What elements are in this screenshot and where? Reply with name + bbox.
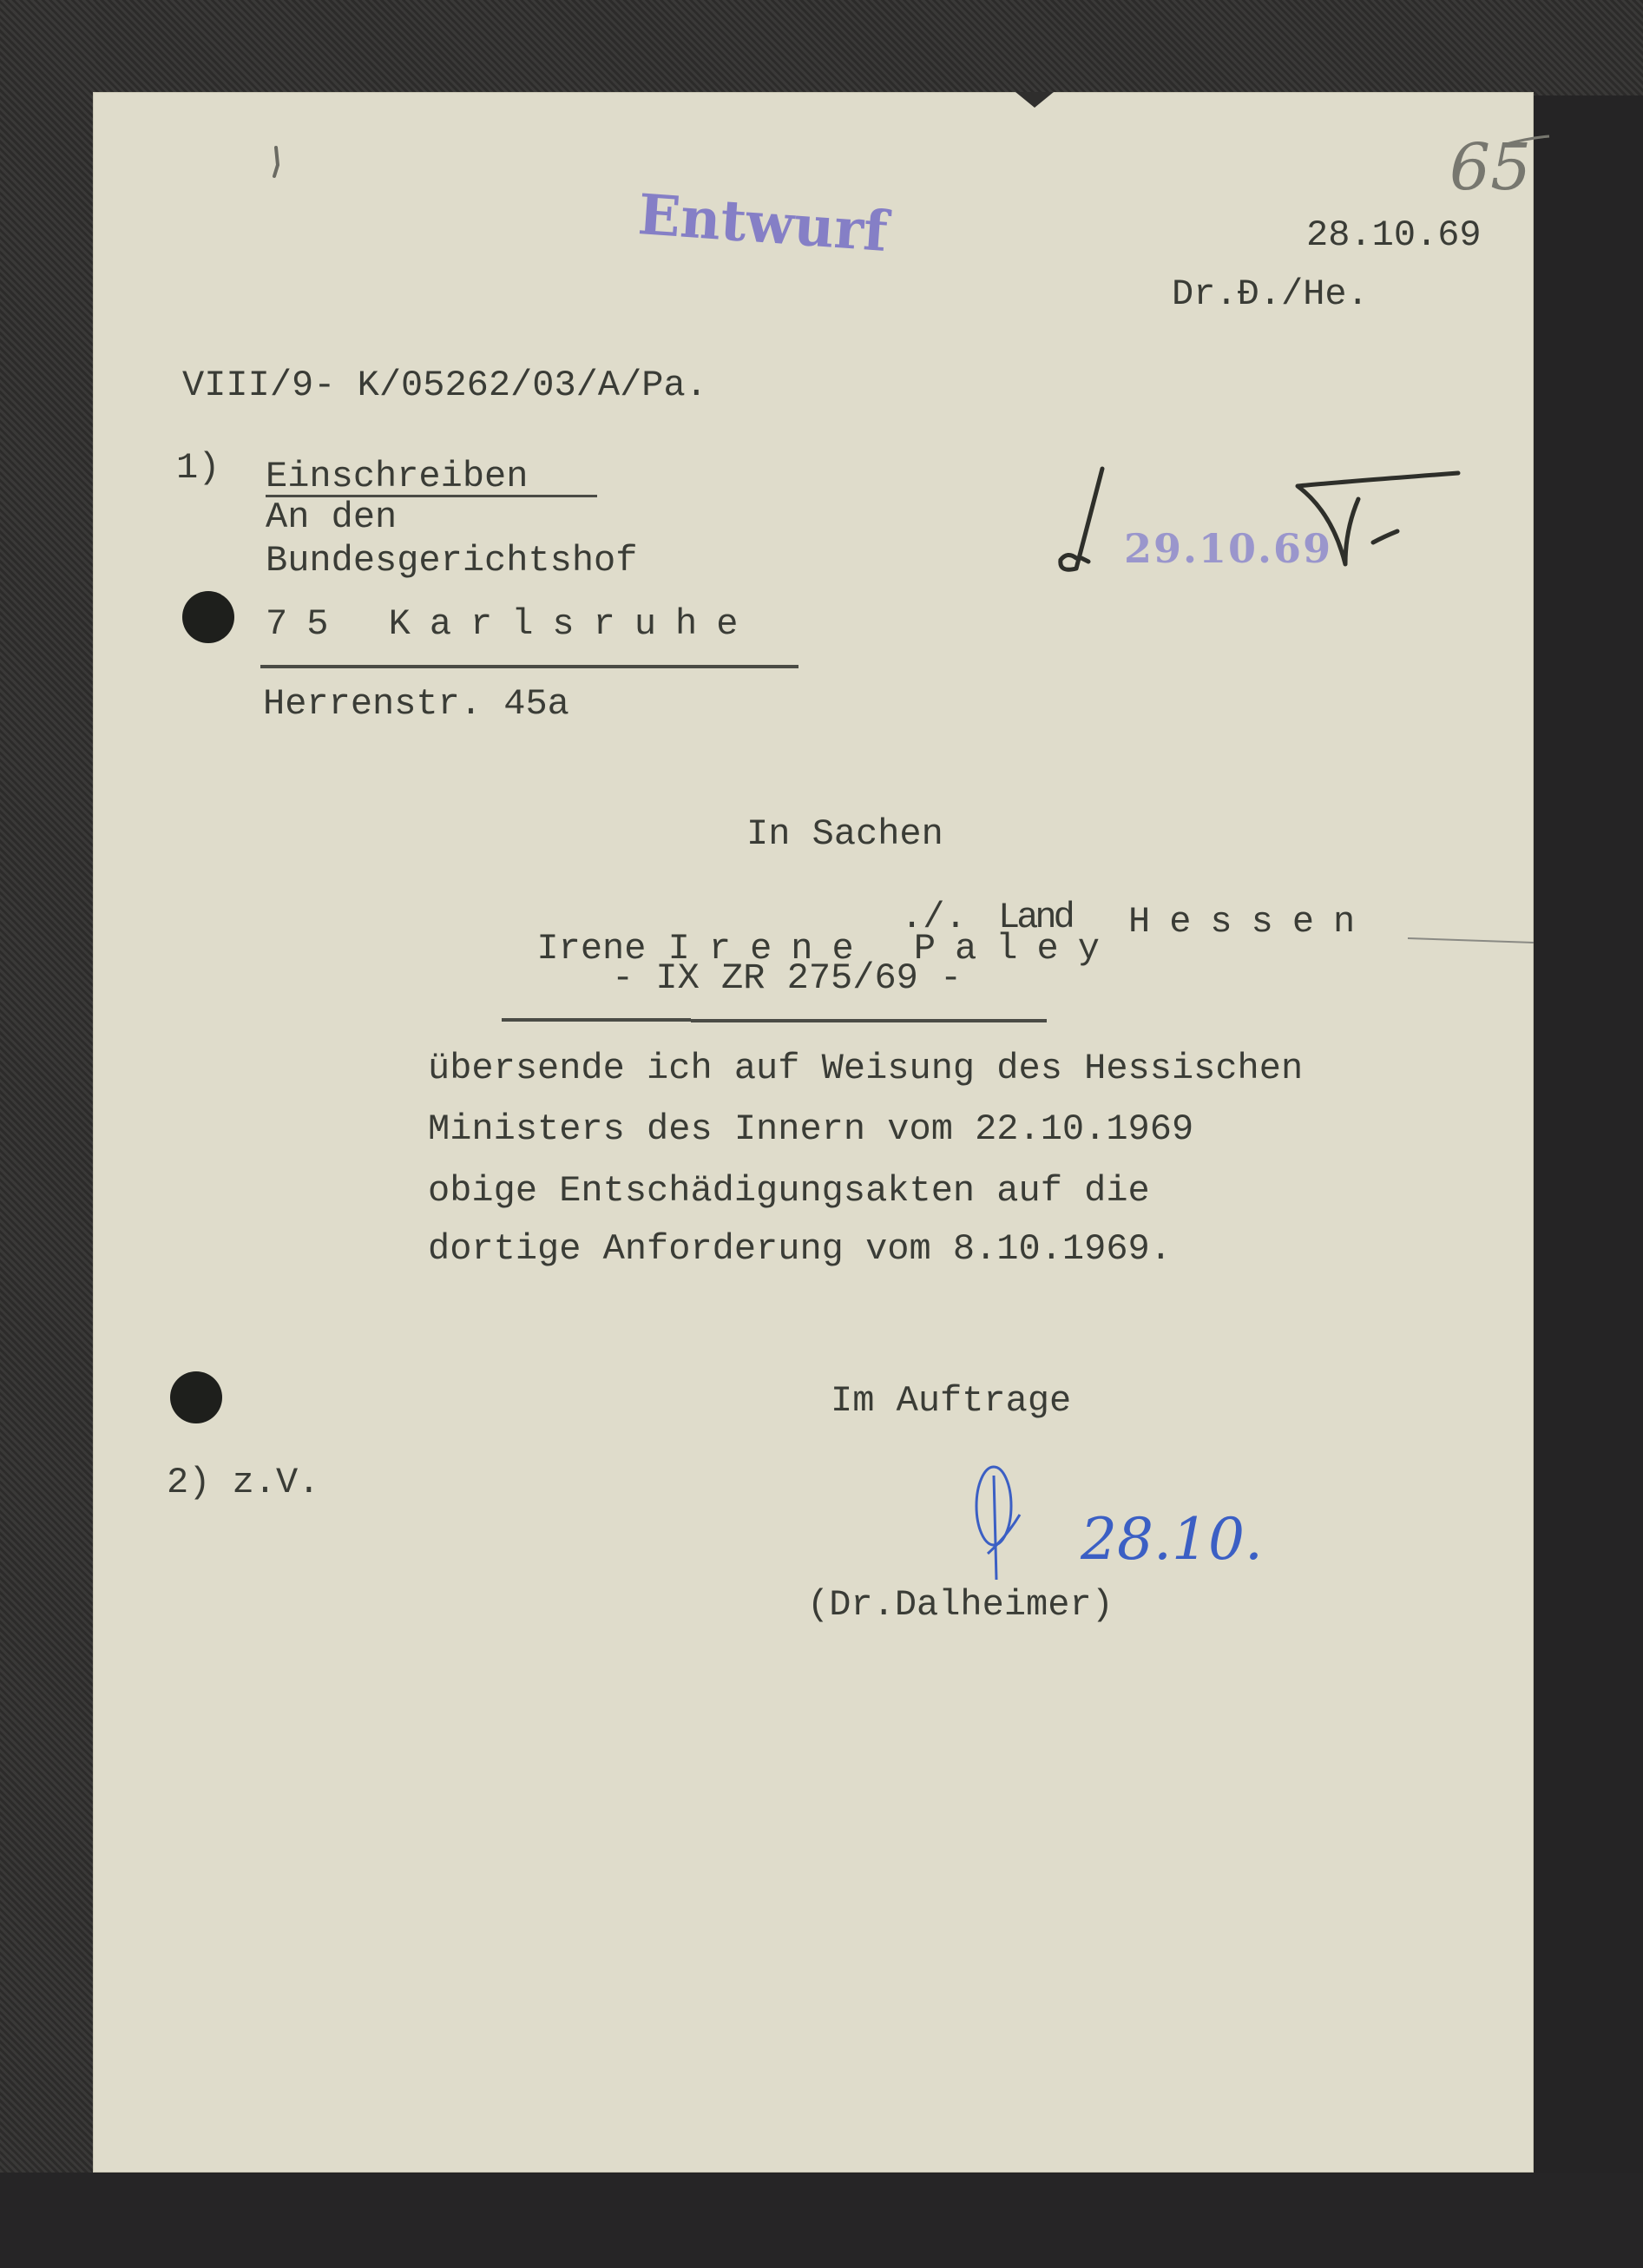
scanner-backdrop-bottom [0,2173,1643,2268]
case-separator: ./. [901,899,967,936]
case-defendant: Hessen [1128,904,1374,940]
scanner-backdrop-top [0,0,1643,95]
punch-hole-bottom [170,1371,222,1423]
case-land: Land [998,899,1072,936]
item-2-note: 2) z.V. [167,1464,319,1501]
page-number-stroke [1502,135,1554,152]
body-line-1: übersende ich auf Weisung des Hessischen [428,1050,1303,1087]
recipient-line-2: Bundesgerichtshof [266,542,637,579]
registered-mail-label: Einschreiben [266,458,528,495]
file-reference: VIII/9- K/05262/03/A/Pa. [182,367,707,404]
initial-handwritten-mark [1050,464,1111,577]
approval-checkmark [1280,469,1471,573]
pencil-mark [269,143,286,187]
scanner-backdrop-right [1534,95,1643,2268]
case-number: - IX ZR 275/69 - [612,960,962,996]
item-1-number: 1) [176,450,220,486]
recipient-line-1: An den [266,499,397,536]
city-underline [260,665,798,668]
body-line-2: Ministers des Innern vom 22.10.1969 [428,1111,1193,1147]
letter-date: 28.10.69 [1306,217,1482,253]
signature-glyph [963,1458,1033,1588]
paper-notch [1015,92,1054,108]
body-line-4: dortige Anforderung vom 8.10.1969. [428,1231,1172,1267]
body-line-3: obige Entschädigungsakten auf die [428,1173,1150,1209]
scanner-backdrop-left [0,0,95,2268]
pencil-line [1408,936,1538,944]
case-intro: In Sachen [746,816,943,852]
signatory-name: (Dr.Dalheimer) [807,1587,1114,1623]
recipient-city: 75 Karlsruhe [266,606,757,642]
case-number-underline-2 [691,1019,1047,1022]
closing-phrase: Im Auftrage [831,1383,1071,1419]
author-initials: Dr.Ð./He. [1172,276,1369,312]
signature-date: 28.10. [1081,1506,1263,1573]
recipient-street: Herrenstr. 45a [263,686,569,722]
case-number-underline [502,1018,691,1022]
punch-hole-top [182,591,234,643]
